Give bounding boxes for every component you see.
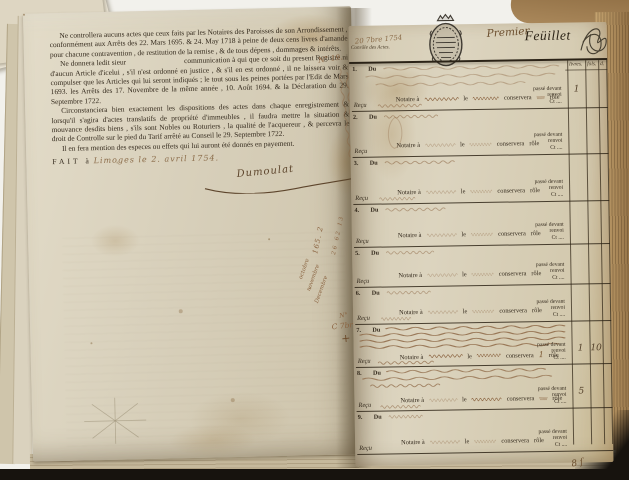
ct-label: Ct .... bbox=[554, 398, 566, 405]
feuillet-title: Feüillet bbox=[525, 28, 571, 45]
handwriting-scribble bbox=[381, 316, 411, 321]
amount-livres: 1 bbox=[567, 84, 585, 94]
register-table: livres. fols. d. 1. Du Notaire à le bbox=[351, 60, 613, 458]
notaire-label: Notaire à bbox=[401, 439, 425, 446]
register-row: 5. Du Notaire à le conservera rôle passé… bbox=[354, 244, 611, 288]
passe-devant-stack: passé devant renvoi Ct .... bbox=[533, 85, 562, 105]
passe-devant-stack: passé devant renvoi Ct .... bbox=[538, 428, 567, 448]
amount-sols: 10 bbox=[590, 343, 603, 353]
handwriting-scribble bbox=[470, 142, 492, 147]
handwriting-scribble bbox=[370, 383, 440, 389]
handwriting-scribble bbox=[471, 232, 493, 237]
entry-number: 5. bbox=[355, 250, 360, 257]
handwriting-scribble bbox=[472, 309, 494, 314]
register-row: 8. Du Notaire à le conservera rôle bbox=[356, 364, 613, 412]
handwriting-scribble bbox=[375, 80, 525, 87]
du-label: Du bbox=[372, 290, 380, 297]
handwriting-scribble bbox=[365, 72, 555, 80]
conservera-label: conservera bbox=[501, 437, 529, 444]
conservera-label: conservera bbox=[497, 187, 525, 194]
handwriting-scribble bbox=[477, 353, 501, 358]
amount-livres: 1 bbox=[572, 343, 590, 353]
passe-devant-stack: passé devant renvoi Ct .... bbox=[538, 385, 567, 405]
conservera-label: conservera bbox=[506, 352, 534, 359]
handwriting-scribble bbox=[385, 159, 455, 165]
entry-number: 8. bbox=[357, 370, 362, 377]
recu-label: Reçu bbox=[354, 102, 367, 109]
conservera-label: conservera bbox=[507, 395, 535, 402]
conservera-label: conservera bbox=[499, 270, 527, 277]
ct-label: Ct .... bbox=[553, 311, 565, 318]
scan-shadow bbox=[0, 469, 629, 480]
handwriting-scribble bbox=[379, 196, 415, 202]
ct-label: Ct .... bbox=[551, 191, 563, 198]
notaire-label: Notaire à bbox=[398, 272, 422, 279]
fait-handwritten-date: Limoges le 2. avril 1754. bbox=[94, 154, 220, 166]
register-rows: 1. Du Notaire à le conservera rôle bbox=[351, 60, 613, 455]
le-label: le bbox=[467, 353, 472, 360]
ink-paraph-flourish-icon bbox=[577, 20, 612, 63]
handwriting-scribble bbox=[426, 232, 456, 237]
handwriting-scribble bbox=[378, 103, 422, 109]
ct-label: Ct .... bbox=[552, 234, 564, 241]
du-label: Du bbox=[374, 414, 382, 421]
conservera-label: conservera bbox=[504, 94, 532, 101]
passe-devant-stack: passé devant renvoi Ct .... bbox=[537, 341, 566, 361]
month-note: octobre bbox=[298, 258, 311, 280]
handwriting-scribble bbox=[427, 272, 457, 277]
handwriting-scribble bbox=[424, 96, 458, 102]
paper-crease bbox=[82, 395, 149, 446]
handwriting-scribble bbox=[362, 374, 552, 382]
recu-label: Reçu bbox=[359, 445, 372, 452]
register-row: 2. Du Notaire à le conservera rôle passé… bbox=[352, 108, 609, 158]
blank-fill-space bbox=[126, 63, 184, 64]
handwriting-scribble bbox=[428, 353, 462, 359]
register-row: 9. Du Notaire à le conservera rôle passé… bbox=[357, 408, 614, 455]
register-row: 1. Du Notaire à le conservera rôle bbox=[351, 60, 608, 112]
sum-note: 165. 2 bbox=[311, 225, 325, 254]
passe-devant-stack: passé devant renvoi Ct .... bbox=[536, 261, 565, 281]
du-label: Du bbox=[369, 114, 377, 121]
le-label: le bbox=[462, 396, 467, 403]
le-label: le bbox=[461, 188, 466, 195]
handwriting-scribble bbox=[470, 189, 492, 194]
entry-number: 3. bbox=[354, 160, 359, 167]
entry-number: 6. bbox=[356, 290, 361, 297]
handwriting-scribble bbox=[425, 142, 455, 147]
ct-label: Ct .... bbox=[553, 354, 565, 361]
scanned-register-spread: Ne controllera aucuns actes que ceux fai… bbox=[0, 0, 629, 480]
recu-label: Reçu bbox=[358, 358, 371, 365]
entry-number: 1. bbox=[352, 66, 357, 73]
passe-devant-stack: passé devant renvoi Ct .... bbox=[534, 131, 563, 151]
mark-no: N° bbox=[339, 312, 348, 320]
foxing-specks bbox=[23, 14, 25, 16]
register-row: 7. Du Notaire à le conservera 1 rôle bbox=[355, 321, 612, 368]
ct-label: Ct .... bbox=[549, 98, 561, 105]
cross-mark: + bbox=[341, 331, 352, 345]
le-label: le bbox=[463, 308, 468, 315]
handwriting-scribble bbox=[381, 404, 421, 410]
handwriting-scribble bbox=[387, 290, 431, 296]
le-label: le bbox=[461, 231, 466, 238]
register-row: 3. Du Notaire à le conservera rôle passé… bbox=[353, 154, 610, 205]
entry-number: 2. bbox=[353, 114, 358, 121]
ct-label: Ct .... bbox=[552, 274, 564, 281]
recu-label: Reçu bbox=[355, 195, 368, 202]
handwriting-scribble bbox=[383, 64, 559, 72]
du-label: Du bbox=[370, 160, 378, 167]
fait-label: FAIT à bbox=[52, 157, 92, 167]
entry-number: 9. bbox=[358, 414, 363, 421]
le-label: le bbox=[463, 95, 468, 102]
handwriting-scribble bbox=[386, 250, 434, 256]
notaire-label: Notaire à bbox=[396, 142, 420, 149]
conservera-label: conservera bbox=[499, 307, 527, 314]
handwriting-scribble bbox=[426, 189, 456, 194]
ct-label: Ct .... bbox=[555, 441, 567, 448]
le-label: le bbox=[462, 271, 467, 278]
handwriting-scribble bbox=[473, 96, 499, 101]
conservera-label: conservera bbox=[497, 140, 525, 147]
register-row: 4. Du Notaire à le conservera rôle passé… bbox=[353, 201, 610, 248]
folio-number-note: N° 19. bbox=[317, 52, 343, 64]
le-label: le bbox=[465, 438, 470, 445]
recu-label: Reçu bbox=[356, 238, 369, 245]
month-note: Decembre bbox=[314, 275, 329, 304]
handwritten-premier: Premier bbox=[486, 25, 530, 40]
recu-label: Reçu bbox=[357, 278, 370, 285]
figures-note: 26 62 13 bbox=[331, 215, 345, 256]
le-label: le bbox=[460, 141, 465, 148]
notaire-label: Notaire à bbox=[398, 232, 422, 239]
du-label: Du bbox=[368, 66, 376, 73]
handwriting-scribble bbox=[474, 439, 496, 444]
du-label: Du bbox=[371, 250, 379, 257]
handwriting-scribble bbox=[389, 414, 423, 420]
handwriting-scribble bbox=[428, 309, 458, 314]
recu-label: Reçu bbox=[358, 402, 371, 409]
ct-label: Ct .... bbox=[550, 144, 562, 151]
entry-number: 4. bbox=[354, 207, 359, 214]
amount-livres: 5 bbox=[572, 386, 590, 396]
recu-label: Reçu bbox=[357, 315, 370, 322]
handwriting-scribble bbox=[378, 360, 434, 366]
handwriting-scribble bbox=[385, 207, 445, 213]
right-page: Conrôle des Actes. 20 7bre 1754 Premier … bbox=[349, 22, 614, 466]
passe-devant-stack: passé devant renvoi Ct .... bbox=[535, 221, 564, 241]
passe-devant-stack: passé devant renvoi Ct .... bbox=[536, 298, 565, 318]
conservera-label: conservera bbox=[498, 230, 526, 237]
handwriting-scribble bbox=[429, 397, 457, 402]
passe-devant-stack: passé devant renvoi Ct .... bbox=[535, 178, 564, 198]
recu-label: Reçu bbox=[354, 148, 367, 155]
du-label: Du bbox=[370, 207, 378, 214]
handwriting-scribble bbox=[430, 439, 460, 444]
handwriting-scribble bbox=[472, 397, 502, 402]
handwriting-scribble bbox=[472, 272, 494, 277]
register-row: 6. Du Notaire à le conservera rôle passé… bbox=[355, 284, 612, 325]
